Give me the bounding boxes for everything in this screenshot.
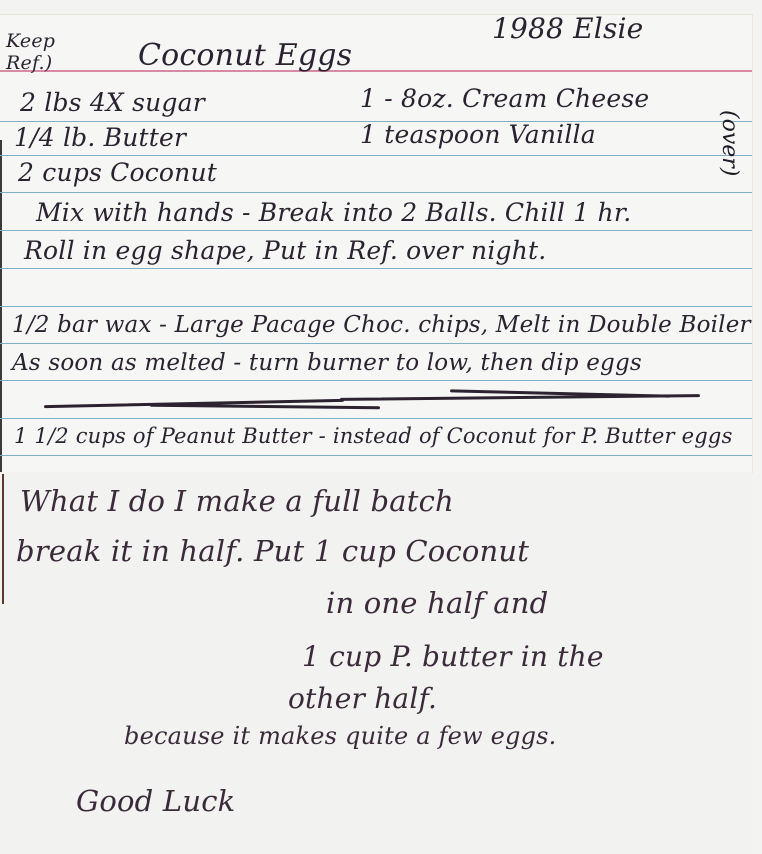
header-rule [0, 70, 752, 72]
recipe-title: Coconut Eggs [138, 38, 352, 73]
coating-step: 1/2 bar wax - Large Pacage Choc. chips, … [12, 312, 751, 338]
note-edge [2, 474, 4, 604]
note-line: other half. [288, 682, 437, 715]
ruled-line [0, 380, 752, 381]
ingredient: 2 lbs 4X sugar [20, 88, 205, 117]
ruled-line [0, 418, 752, 419]
ingredient: 1 - 8oz. Cream Cheese [360, 84, 649, 113]
note-line: 1 cup P. butter in the [302, 640, 604, 673]
ingredient: 1/4 lb. Butter [14, 123, 186, 152]
instruction: Mix with hands - Break into 2 Balls. Chi… [36, 198, 631, 227]
ruled-line [0, 230, 752, 231]
note-line: What I do I make a full batch [20, 484, 454, 518]
storage-note: Keep Ref.) [6, 30, 76, 74]
variation-note: 1 1/2 cups of Peanut Butter - instead of… [14, 424, 733, 448]
ruled-line [0, 268, 752, 269]
coating-step: As soon as melted - turn burner to low, … [12, 350, 642, 376]
ruled-line [0, 192, 752, 193]
ruled-line [0, 306, 752, 307]
note-line: because it makes quite a few eggs. [124, 722, 556, 750]
note-line: in one half and [326, 586, 548, 620]
note-line: break it in half. Put 1 cup Coconut [16, 534, 529, 568]
ingredient: 2 cups Coconut [18, 158, 217, 187]
ruled-line [0, 343, 752, 344]
instruction: Roll in egg shape, Put in Ref. over nigh… [24, 236, 546, 265]
side-note: (over) [717, 110, 742, 176]
year-author: 1988 Elsie [492, 12, 643, 45]
sign-off: Good Luck [76, 784, 235, 818]
ruled-line [0, 155, 752, 156]
ruled-line [0, 455, 752, 456]
ingredient: 1 teaspoon Vanilla [360, 120, 596, 149]
